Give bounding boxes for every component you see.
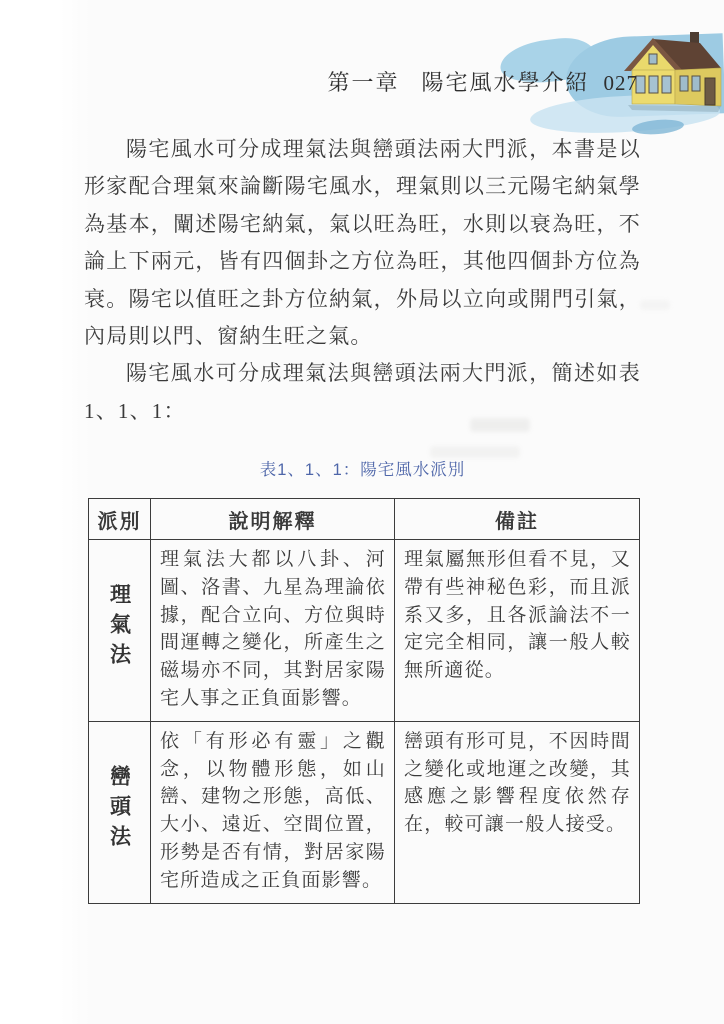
table-row-luantou: 巒頭法 依「有形必有靈」之觀念，以物體形態，如山巒、建物之形態，高低、大小、遠近… xyxy=(89,721,640,903)
table-caption: 表1、1、1：陽宅風水派別 xyxy=(84,456,641,480)
school-name-cell: 理氣法 xyxy=(89,540,151,722)
column-header-explanation: 說明解釋 xyxy=(151,499,395,540)
notes-liqi: 理氣屬無形但看不見，又帶有些神秘色彩，而且派系又多，且各派論法不一定完全相同，讓… xyxy=(395,540,640,722)
body-text: 陽宅風水可分成理氣法與巒頭法兩大門派，本書是以形家配合理氣來論斷陽宅風水，理氣則… xyxy=(84,131,641,430)
explanation-luantou: 依「有形必有靈」之觀念，以物體形態，如山巒、建物之形態，高低、大小、遠近、空間位… xyxy=(151,721,395,903)
chapter-title: 陽宅風水學介紹 xyxy=(421,70,589,95)
table-header-row: 派別 說明解釋 備註 xyxy=(89,499,640,540)
column-header-notes: 備註 xyxy=(395,499,640,540)
page-number: 027 xyxy=(604,71,639,95)
notes-luantou: 巒頭有形可見，不因時間之變化或地運之改變，其感應之影響程度依然存在，較可讓一般人… xyxy=(395,721,640,903)
paragraph-table-ref: 陽宅風水可分成理氣法與巒頭法兩大門派，簡述如表1、1、1： xyxy=(84,355,641,430)
school-name-luantou: 巒頭法 xyxy=(105,765,135,855)
book-page: 第一章陽宅風水學介紹027 陽宅風水可分成理氣法與巒頭法兩大門派，本書是以形家配… xyxy=(0,0,724,1024)
school-name-liqi: 理氣法 xyxy=(105,583,135,673)
table-row-liqi: 理氣法 理氣法大都以八卦、河圖、洛書、九星為理論依據，配合立向、方位與時間運轉之… xyxy=(89,540,640,722)
explanation-liqi: 理氣法大都以八卦、河圖、洛書、九星為理論依據，配合立向、方位與時間運轉之變化，所… xyxy=(151,540,395,722)
column-header-school: 派別 xyxy=(89,499,151,540)
paragraph-intro: 陽宅風水可分成理氣法與巒頭法兩大門派，本書是以形家配合理氣來論斷陽宅風水，理氣則… xyxy=(84,131,641,355)
fengshui-schools-table: 派別 說明解釋 備註 理氣法 理氣法大都以八卦、河圖、洛書、九星為理論依據，配合… xyxy=(88,498,640,904)
scan-artifact xyxy=(640,300,670,310)
chapter-header: 第一章陽宅風水學介紹027 xyxy=(84,66,638,97)
chapter-number: 第一章 xyxy=(327,70,399,95)
school-name-cell: 巒頭法 xyxy=(89,721,151,903)
